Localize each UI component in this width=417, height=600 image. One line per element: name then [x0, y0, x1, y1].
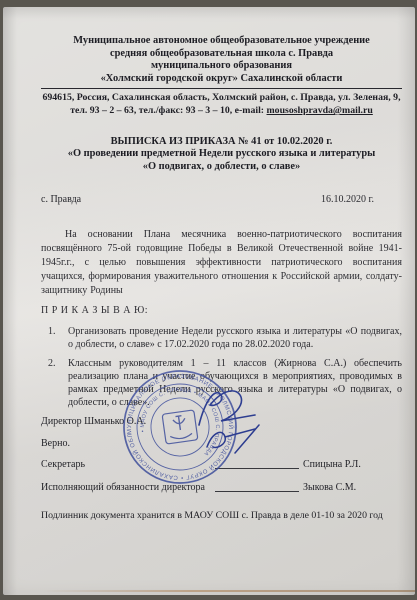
title-line: «О подвигах, о доблести, о славе» — [41, 161, 402, 173]
acting-director-name: Зыкова С.М. — [303, 481, 356, 494]
title-line: «О проведении предметной Недели русского… — [41, 148, 402, 160]
order-word: П Р И К А З Ы В А Ю: — [41, 304, 402, 317]
document-title: ВЫПИСКА ИЗ ПРИКАЗА № 41 от 10.02.2020 г.… — [41, 136, 402, 173]
secretary-label: Секретарь — [41, 458, 85, 471]
secretary-signature-row: Секретарь Спицына Р.Л. — [41, 453, 402, 473]
order-items: 1. Организовать проведение Недели русско… — [41, 325, 402, 409]
secretary-name: Спицына Р.Л. — [303, 458, 361, 471]
place-date-row: с. Правда 16.10.2020 г. — [41, 193, 402, 206]
director-line: Директор Шманько О.А. — [41, 415, 402, 428]
paper-bottom-edge — [43, 590, 415, 592]
place-label: с. Правда — [41, 193, 81, 206]
original-storage-note: Подлинник документа хранится в МАОУ СОШ … — [41, 509, 402, 522]
document-page: Муниципальное автономное общеобразовател… — [3, 7, 415, 595]
phone-fax-text: тел. 93 – 2 – 63, тел./факс: 93 – 3 – 10… — [70, 105, 266, 116]
item-text: Классным руководителям 1 – 11 классов (Ж… — [68, 357, 402, 409]
order-item: 2. Классным руководителям 1 – 11 классов… — [41, 357, 402, 409]
title-line: ВЫПИСКА ИЗ ПРИКАЗА № 41 от 10.02.2020 г. — [41, 136, 402, 148]
item-text: Организовать проведение Недели русского … — [68, 325, 402, 351]
item-number: 1. — [41, 325, 68, 351]
order-item: 1. Организовать проведение Недели русско… — [41, 325, 402, 351]
org-name-line: Муниципальное автономное общеобразовател… — [41, 35, 402, 48]
verno-label: Верно. — [41, 437, 402, 450]
letterhead: Муниципальное автономное общеобразовател… — [41, 35, 402, 85]
letterhead-divider — [41, 88, 402, 89]
org-name-line: средняя общеобразовательная школа с. Пра… — [41, 48, 402, 61]
signature-line — [215, 468, 299, 469]
email-link[interactable]: mousoshpravda@mail.ru — [267, 105, 373, 116]
signature-line — [215, 491, 299, 492]
acting-director-label: Исполняющий обязанности директора — [41, 481, 205, 494]
contacts-line: тел. 93 – 2 – 63, тел./факс: 93 – 3 – 10… — [41, 105, 402, 118]
org-name-line: муниципального образования — [41, 60, 402, 73]
item-number: 2. — [41, 357, 68, 409]
date-label: 16.10.2020 г. — [321, 193, 374, 206]
acting-director-signature-row: Исполняющий обязанности директора Зыкова… — [41, 476, 402, 496]
preamble-paragraph: На основании Плана месячника военно-патр… — [41, 228, 402, 298]
org-name-line: «Холмский городской округ» Сахалинской о… — [41, 73, 402, 86]
letterhead-address: 694615, Россия, Сахалинская область, Хол… — [41, 92, 402, 118]
address-line: 694615, Россия, Сахалинская область, Хол… — [41, 92, 402, 105]
document-content: Муниципальное автономное общеобразовател… — [3, 7, 415, 595]
